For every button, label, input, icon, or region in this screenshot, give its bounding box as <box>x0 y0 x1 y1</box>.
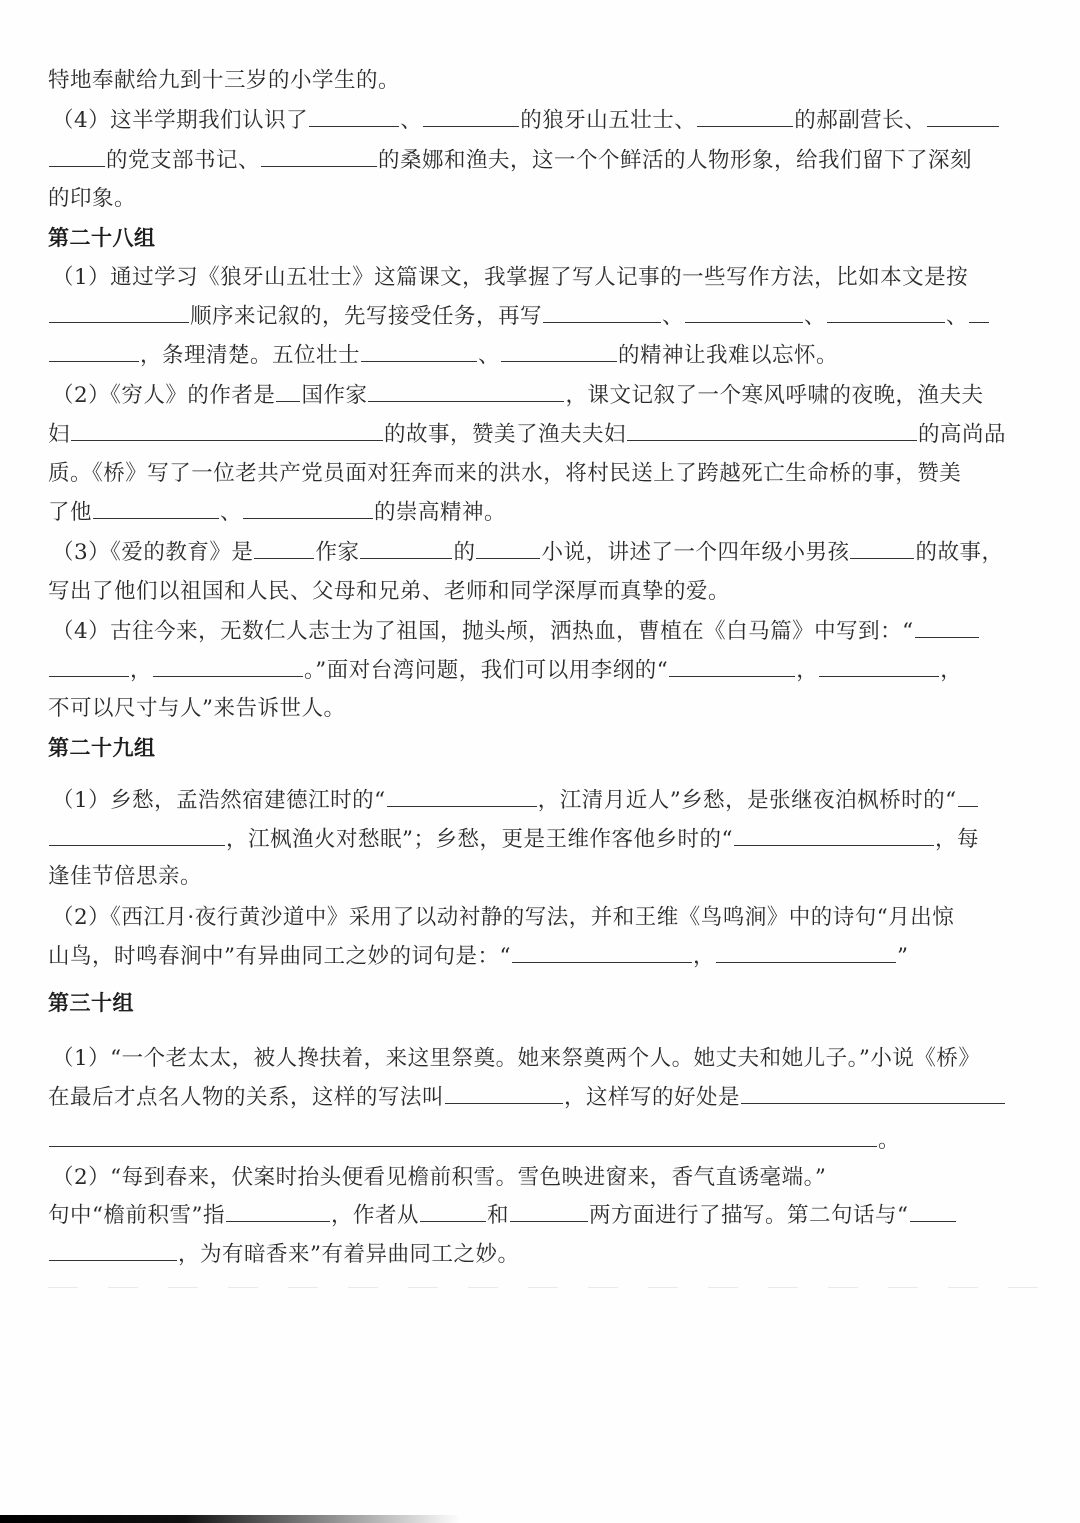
answer-blank[interactable] <box>93 498 219 519</box>
g28-q4-line1: （4）古往今来，无数仁人志士为了祖国，抛头颅，洒热血，曹植在《白马篇》中写到：“ <box>48 617 1052 647</box>
text: 不可以尺寸与人”来告诉世人。 <box>48 696 346 721</box>
group-30-heading: 第三十组 <box>48 988 1048 1018</box>
text: 在最后才点名人物的关系，这样的写法叫 <box>48 1085 444 1110</box>
answer-blank[interactable] <box>254 538 314 559</box>
g28-q2-line4: 了他、的崇高精神。 <box>48 498 1048 528</box>
text: 妇 <box>48 422 70 447</box>
prev-q4-line1: （4）这半学期我们认识了、的狼牙山五壮士、的郝副营长、 <box>48 106 1052 136</box>
group-29-heading: 第二十九组 <box>48 733 1048 763</box>
text: （4）这半学期我们认识了 <box>52 108 308 133</box>
text: ，课文记叙了一个寒风呼啸的夜晚，渔夫夫 <box>565 383 983 408</box>
g30-q1-line3: 。 <box>48 1126 1048 1156</box>
answer-blank[interactable] <box>49 825 225 846</box>
g29-q1-line1: （1）乡愁，孟浩然宿建德江时的“，江清月近人”乡愁，是张继夜泊枫桥时的“ <box>48 786 1052 816</box>
answer-blank[interactable] <box>969 302 989 323</box>
text: 的党支部书记、 <box>106 148 260 173</box>
g29-q2-line1: （2）《西江月·夜行黄沙道中》采用了以动衬静的写法，并和王维《鸟鸣涧》中的诗句“… <box>48 903 1052 933</box>
text: 小说，讲述了一个四年级小男孩 <box>541 540 849 565</box>
text: （2）《穷人》的作者是 <box>52 383 275 408</box>
g29-q1-line3: 逢佳节倍思亲。 <box>48 862 1048 892</box>
text: 的故事，赞美了渔夫夫妇 <box>384 422 626 447</box>
answer-blank[interactable] <box>627 420 917 441</box>
heading-text: 第二十八组 <box>48 226 156 250</box>
text: 、 <box>662 304 684 329</box>
text: 逢佳节倍思亲。 <box>48 864 202 889</box>
text: 句中“檐前积雪”指 <box>48 1203 225 1228</box>
answer-blank[interactable] <box>226 1201 330 1222</box>
answer-blank[interactable] <box>669 656 795 677</box>
g28-q2-line1: （2）《穷人》的作者是国作家，课文记叙了一个寒风呼啸的夜晚，渔夫夫 <box>48 381 1052 411</box>
answer-blank[interactable] <box>697 106 793 127</box>
text: ， <box>796 658 818 683</box>
text: ，每 <box>935 827 979 852</box>
g28-q3-line1: （3）《爱的教育》是作家的小说，讲述了一个四年级小男孩的故事， <box>48 538 1052 568</box>
text: 、 <box>400 108 422 133</box>
text: 了他 <box>48 500 92 525</box>
answer-blank[interactable] <box>543 302 661 323</box>
text: ， <box>693 944 715 969</box>
g30-q2-line1: （2）“每到春来，伏案时抬头便看见檐前积雪。雪色映进窗来，香气直诱毫端。” <box>48 1163 1052 1193</box>
answer-blank[interactable] <box>49 302 189 323</box>
answer-blank[interactable] <box>71 420 383 441</box>
answer-blank[interactable] <box>850 538 914 559</box>
g30-q2-line2: 句中“檐前积雪”指，作者从和两方面进行了描写。第二句话与“ <box>48 1201 1048 1231</box>
answer-blank[interactable] <box>958 786 978 807</box>
text: 。”面对台湾问题，我们可以用李纲的“ <box>304 658 668 683</box>
text: 山鸟，时鸣春涧中”有异曲同工之妙的词句是：“ <box>48 944 511 969</box>
answer-blank[interactable] <box>741 1083 1005 1104</box>
g30-q1-line1: （1）“一个老太太，被人搀扶着，来这里祭奠。她来祭奠两个人。她丈夫和她儿子。”小… <box>48 1044 1052 1074</box>
text: ，江清月近人”乡愁，是张继夜泊枫桥时的“ <box>538 788 957 813</box>
answer-blank[interactable] <box>819 656 939 677</box>
text: 作家 <box>315 540 359 565</box>
answer-blank[interactable] <box>685 302 803 323</box>
text: （2）“每到春来，伏案时抬头便看见檐前积雪。雪色映进窗来，香气直诱毫端。” <box>52 1165 826 1190</box>
answer-blank[interactable] <box>309 106 399 127</box>
text: 国作家 <box>301 383 367 408</box>
text: （4）古往今来，无数仁人志士为了祖国，抛头颅，洒热血，曹植在《白马篇》中写到：“ <box>52 619 914 644</box>
g28-q1-line1: （1）通过学习《狼牙山五壮士》这篇课文，我掌握了写人记事的一些写作方法，比如本文… <box>48 263 1052 293</box>
text: ，江枫渔火对愁眠”；乡愁，更是王维作客他乡时的“ <box>226 827 733 852</box>
group-28-heading: 第二十八组 <box>48 223 1048 253</box>
heading-text: 第三十组 <box>48 991 134 1015</box>
g28-q4-line2: ，。”面对台湾问题，我们可以用李纲的“，， <box>48 656 1048 686</box>
text: （1）乡愁，孟浩然宿建德江时的“ <box>52 788 386 813</box>
g30-q2-line3: ，为有暗香来”有着异曲同工之妙。 <box>48 1240 1048 1270</box>
answer-blank[interactable] <box>501 341 617 362</box>
text: （2）《西江月·夜行黄沙道中》采用了以动衬静的写法，并和王维《鸟鸣涧》中的诗句“… <box>52 905 954 930</box>
scan-edge-shadow <box>0 1515 460 1523</box>
text: 特地奉献给九到十三岁的小学生的。 <box>48 68 400 93</box>
g28-q1-line3: ，条理清楚。五位壮士、的精神让我难以忘怀。 <box>48 341 1048 371</box>
answer-blank[interactable] <box>276 381 300 402</box>
answer-blank[interactable] <box>716 942 896 963</box>
answer-blank[interactable] <box>476 538 540 559</box>
answer-blank[interactable] <box>420 1201 486 1222</box>
g28-q2-line3: 质。《桥》写了一位老共产党员面对狂奔而来的洪水，将村民送上了跨越死亡生命桥的事，… <box>48 459 1048 489</box>
text: 质。《桥》写了一位老共产党员面对狂奔而来的洪水，将村民送上了跨越死亡生命桥的事，… <box>48 461 961 486</box>
text: 两方面进行了描写。第二句话与“ <box>589 1203 909 1228</box>
text: 的高尚品 <box>918 422 1006 447</box>
text: 顺序来记叙的，先写接受任务，再写 <box>190 304 542 329</box>
answer-blank[interactable] <box>243 498 373 519</box>
answer-blank[interactable] <box>510 1201 588 1222</box>
text: ，这样写的好处是 <box>564 1085 740 1110</box>
text: ，作者从 <box>331 1203 419 1228</box>
answer-blank[interactable] <box>49 146 105 167</box>
answer-blank[interactable] <box>360 538 452 559</box>
answer-blank[interactable] <box>261 146 377 167</box>
text: （3）《爱的教育》是 <box>52 540 253 565</box>
g28-q2-line2: 妇的故事，赞美了渔夫夫妇的高尚品 <box>48 420 1048 450</box>
answer-blank[interactable] <box>734 825 934 846</box>
text: 和 <box>487 1203 509 1228</box>
answer-blank[interactable] <box>927 106 999 127</box>
prev-q4-line2: 的党支部书记、的桑娜和渔夫，这一个个鲜活的人物形象，给我们留下了深刻 <box>48 146 1048 176</box>
text: ， <box>130 658 152 683</box>
answer-blank[interactable] <box>445 1083 563 1104</box>
text: 的崇高精神。 <box>374 500 506 525</box>
answer-blank[interactable] <box>361 341 477 362</box>
text: 。 <box>878 1128 900 1153</box>
g28-q1-line2: 顺序来记叙的，先写接受任务，再写、、、 <box>48 302 1048 332</box>
text: ” <box>897 944 909 969</box>
text: （1）“一个老太太，被人搀扶着，来这里祭奠。她来祭奠两个人。她丈夫和她儿子。”小… <box>52 1046 980 1071</box>
text: 的印象。 <box>48 186 136 211</box>
text: 、 <box>804 304 826 329</box>
g29-q1-line2: ，江枫渔火对愁眠”；乡愁，更是王维作客他乡时的“，每 <box>48 825 1048 855</box>
text: 的狼牙山五壮士、 <box>520 108 696 133</box>
answer-blank[interactable] <box>49 1240 177 1261</box>
text: ，为有暗香来”有着异曲同工之妙。 <box>178 1242 520 1267</box>
g28-q4-line3: 不可以尺寸与人”来告诉世人。 <box>48 694 1048 724</box>
answer-blank[interactable] <box>368 381 564 402</box>
text: 、 <box>220 500 242 525</box>
text: 的桑娜和渔夫，这一个个鲜活的人物形象，给我们留下了深刻 <box>378 148 972 173</box>
answer-blank[interactable] <box>49 656 129 677</box>
text: 写出了他们以祖国和人民、父母和兄弟、老师和同学深厚而真挚的爱。 <box>48 579 730 604</box>
text: 、 <box>478 343 500 368</box>
answer-blank[interactable] <box>387 786 537 807</box>
answer-blank[interactable] <box>49 341 139 362</box>
answer-blank[interactable] <box>915 617 979 638</box>
text: 的故事， <box>915 540 1003 565</box>
answer-blank[interactable] <box>910 1201 956 1222</box>
text: ， <box>940 658 962 683</box>
text: 的郝副营长、 <box>794 108 926 133</box>
intro-tail: 特地奉献给九到十三岁的小学生的。 <box>48 66 1048 96</box>
heading-text: 第二十九组 <box>48 736 156 760</box>
answer-blank[interactable] <box>423 106 519 127</box>
g30-q1-line2: 在最后才点名人物的关系，这样的写法叫，这样写的好处是 <box>48 1083 1048 1113</box>
text: 的 <box>453 540 475 565</box>
answer-blank[interactable] <box>153 656 303 677</box>
text: （1）通过学习《狼牙山五壮士》这篇课文，我掌握了写人记事的一些写作方法，比如本文… <box>52 265 968 290</box>
g28-q3-line2: 写出了他们以祖国和人民、父母和兄弟、老师和同学深厚而真挚的爱。 <box>48 577 1048 607</box>
g29-q2-line2: 山鸟，时鸣春涧中”有异曲同工之妙的词句是：“，” <box>48 942 1048 972</box>
answer-blank[interactable] <box>49 1126 877 1147</box>
text: 、 <box>946 304 968 329</box>
answer-blank[interactable] <box>827 302 945 323</box>
answer-blank[interactable] <box>512 942 692 963</box>
text: 的精神让我难以忘怀。 <box>618 343 838 368</box>
text: ，条理清楚。五位壮士 <box>140 343 360 368</box>
prev-q4-line3: 的印象。 <box>48 184 1048 214</box>
worksheet-page: 特地奉献给九到十三岁的小学生的。 （4）这半学期我们认识了、的狼牙山五壮士、的郝… <box>0 0 1080 1523</box>
faint-scan-rule <box>48 1287 1048 1288</box>
